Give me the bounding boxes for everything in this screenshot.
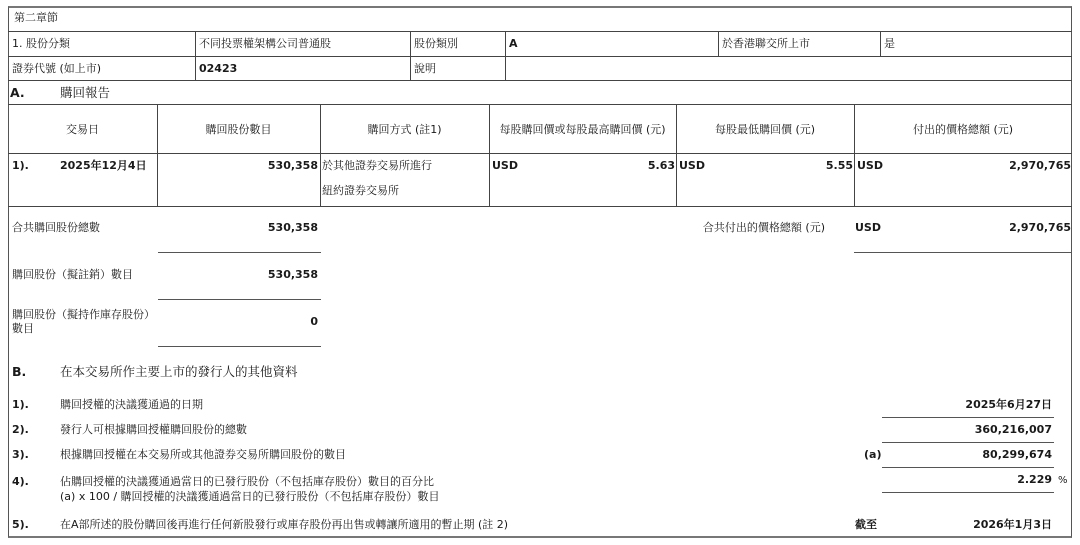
item-index: 1).: [12, 398, 29, 412]
item-label: 購回授權的決議獲通過的日期: [60, 398, 203, 412]
item-tag: 截至: [855, 518, 877, 532]
share-class-label: 1. 股份分類: [12, 37, 70, 51]
underline: [854, 252, 1072, 253]
divider: [880, 31, 881, 56]
item-label: 在A部所述的股份購回後再進行任何新股發行或庫存股份再出售或轉讓所適用的暫止期 (…: [60, 518, 508, 532]
share-class-value: 不同投票權架構公司普通股: [199, 37, 331, 51]
divider: [8, 206, 1072, 207]
total-paid-label: 合共付出的價格總額 (元): [650, 221, 825, 235]
underline: [882, 442, 1054, 443]
row-high-price: 5.63: [489, 159, 675, 173]
col-header-total-paid: 付出的價格總額 (元): [854, 123, 1072, 137]
row-method-line1: 於其他證券交易所進行: [322, 159, 432, 173]
row-index: 1).: [12, 159, 29, 173]
item-label: 佔購回授權的決議獲通過當日的已發行股份（不包括庫存股份）數目的百分比: [60, 475, 434, 489]
hk-listed-label: 於香港聯交所上市: [722, 37, 810, 51]
share-type-value: A: [509, 37, 518, 51]
col-header-method: 購回方式 (註1): [320, 123, 489, 137]
divider: [157, 104, 158, 206]
underline: [882, 492, 1054, 493]
stock-code-value: 02423: [199, 62, 237, 76]
divider: [8, 56, 1072, 57]
item-label: 發行人可根據購回授權購回股份的總數: [60, 423, 247, 437]
row-method-line2: 紐約證券交易所: [322, 184, 399, 198]
total-shares-label: 合共購回股份總數: [12, 221, 100, 235]
row-shares: 530,358: [157, 159, 318, 173]
cancel-value: 530,358: [157, 268, 318, 282]
treasury-label-line1: 購回股份（擬持作庫存股份）: [12, 308, 155, 322]
item-index: 4).: [12, 475, 29, 489]
col-header-shares: 購回股份數目: [157, 123, 320, 137]
row-total-paid: 2,970,765: [854, 159, 1071, 173]
section-b-letter: B.: [12, 365, 26, 379]
item-value: 80,299,674: [880, 448, 1052, 462]
row-low-price: 5.55: [676, 159, 853, 173]
description-label: 說明: [414, 62, 436, 76]
chapter-title: 第二章節: [14, 11, 58, 25]
divider: [505, 31, 506, 80]
share-type-label: 股份類別: [414, 37, 458, 51]
divider: [410, 31, 411, 80]
divider: [489, 104, 490, 206]
item-value: 2.229: [880, 473, 1052, 487]
stock-code-label: 證券代號 (如上市): [12, 62, 101, 76]
underline: [158, 346, 321, 347]
total-shares-value: 530,358: [157, 221, 318, 235]
treasury-value: 0: [157, 315, 318, 329]
underline: [158, 299, 321, 300]
item-index: 3).: [12, 448, 29, 462]
section-a-title: 購回報告: [60, 86, 110, 100]
row-date: 2025年12月4日: [60, 159, 147, 173]
item-index: 5).: [12, 518, 29, 532]
item-tag: (a): [864, 448, 881, 462]
item-value: 2026年1月3日: [880, 518, 1052, 532]
item-value: 2025年6月27日: [880, 398, 1052, 412]
hk-listed-value: 是: [884, 37, 895, 51]
divider: [718, 31, 719, 56]
divider: [8, 80, 1072, 81]
col-header-high-price: 每股購回價或每股最高購回價 (元): [489, 123, 676, 137]
cancel-label: 購回股份（擬註銷）數目: [12, 268, 133, 282]
treasury-label-line2: 數目: [12, 322, 34, 336]
item-label: 根據購回授權在本交易所或其他證券交易所購回股份的數目: [60, 448, 346, 462]
col-header-date: 交易日: [8, 123, 157, 137]
divider: [8, 31, 1072, 32]
underline: [158, 252, 321, 253]
divider: [8, 153, 1072, 154]
col-header-low-price: 每股最低購回價 (元): [676, 123, 854, 137]
section-a-letter: A.: [10, 86, 25, 100]
underline: [882, 467, 1054, 468]
divider: [854, 104, 855, 206]
divider: [320, 104, 321, 206]
divider: [195, 31, 196, 80]
item-index: 2).: [12, 423, 29, 437]
item-value: 360,216,007: [880, 423, 1052, 437]
underline: [882, 417, 1054, 418]
total-paid-value: 2,970,765: [854, 221, 1071, 235]
section-b-title: 在本交易所作主要上市的發行人的其他資料: [60, 365, 298, 379]
percent-unit: %: [1058, 474, 1068, 488]
divider: [8, 104, 1072, 105]
item-label-line2: (a) x 100 / 購回授權的決議獲通過當日的已發行股份（不包括庫存股份）數…: [60, 490, 440, 504]
divider: [676, 104, 677, 206]
